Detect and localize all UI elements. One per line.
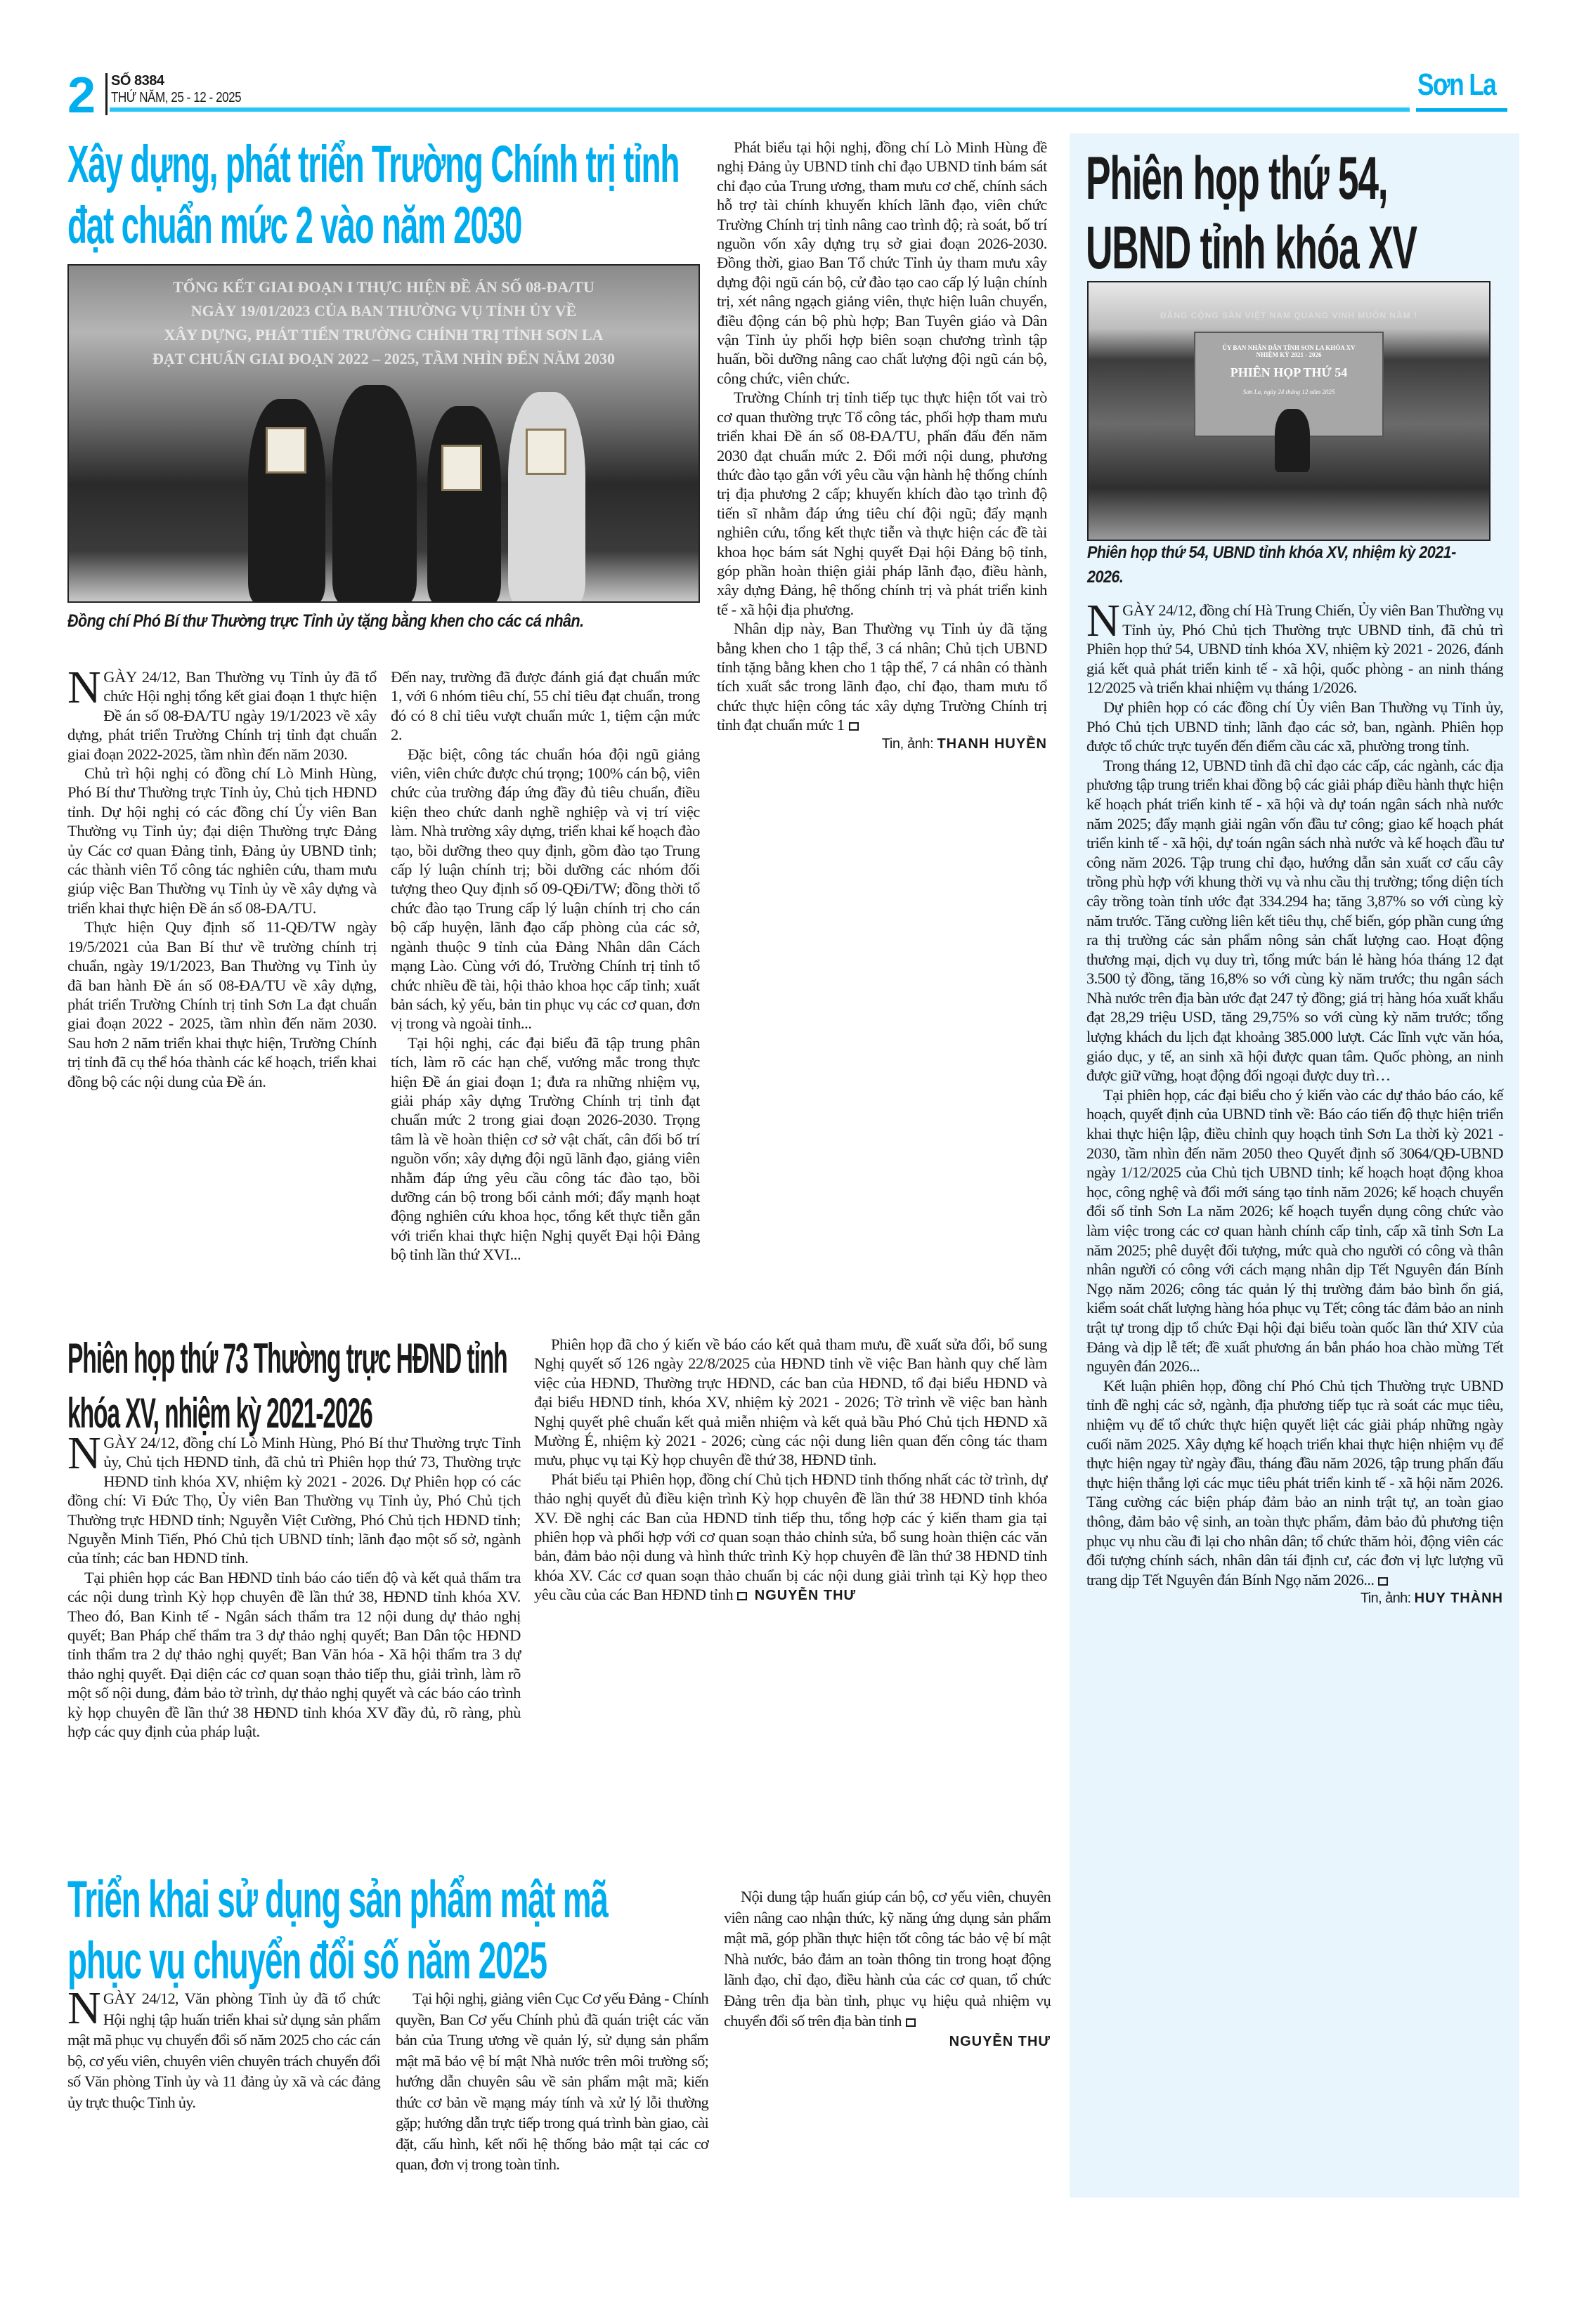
end-mark-icon — [737, 1592, 747, 1600]
article3-column-3: Nội dung tập huấn giúp cán bộ, cơ yếu vi… — [724, 1886, 1051, 2052]
article2-paragraph: Phát biểu tại Phiên họp, đồng chí Chủ tị… — [534, 1470, 1047, 1606]
certificate-frame-icon — [266, 427, 306, 474]
sidebar-paragraph: Trong tháng 12, UBND tỉnh đã chỉ đạo các… — [1086, 756, 1503, 1085]
article3-lead-paragraph: NGÀY 24/12, Văn phòng Tỉnh ủy đã tổ chức… — [67, 1988, 380, 2113]
article1-paragraph: Nhân dịp này, Ban Thường vụ Tỉnh ủy đã t… — [717, 619, 1047, 734]
article3-paragraph: Nội dung tập huấn giúp cán bộ, cơ yếu vi… — [724, 1886, 1051, 2032]
article1-column-1: NGÀY 24/12, Ban Thường vụ Tỉnh ủy đã tổ … — [67, 667, 377, 1091]
headline-line: đạt chuẩn mức 2 vào năm 2030 — [67, 195, 679, 256]
dropcap: N — [1086, 603, 1122, 639]
dropcap: N — [67, 1435, 103, 1472]
dropcap: N — [67, 670, 103, 706]
article2-headline: Phiên họp thứ 73 Thường trực HĐND tỉnh k… — [67, 1331, 507, 1441]
headline-line: phục vụ chuyển đổi số năm 2025 — [67, 1930, 608, 1991]
sidebar-paragraph: Dự phiên họp có các đồng chí Ủy viên Ban… — [1086, 698, 1503, 756]
headline-line: UBND tỉnh khóa XV — [1086, 214, 1417, 283]
article1-byline: Tin, ảnh: THANH HUYỀN — [717, 735, 1047, 754]
article1-paragraph: Tại hội nghị, các đại biểu đã tập trung … — [391, 1033, 700, 1265]
certificate-frame-icon — [526, 429, 566, 475]
article1-paragraph: Chủ trì hội nghị có đồng chí Lò Minh Hùn… — [67, 764, 377, 918]
person-figure — [332, 385, 417, 603]
end-mark-icon — [849, 722, 859, 731]
article2-column-1: NGÀY 24/12, đồng chí Lò Minh Hùng, Phó B… — [67, 1433, 521, 1742]
sidebar-column: NGÀY 24/12, đồng chí Hà Trung Chiến, Ủy … — [1086, 601, 1503, 1609]
end-mark-icon — [1378, 1577, 1388, 1586]
sidebar-paragraph: Kết luận phiên họp, đồng chí Phó Chủ tịc… — [1086, 1376, 1503, 1590]
headline-line: Phiên họp thứ 54, — [1086, 144, 1417, 214]
header-divider — [105, 73, 108, 115]
person-figure — [1275, 409, 1310, 472]
article1-lead-paragraph: NGÀY 24/12, Ban Thường vụ Tỉnh ủy đã tổ … — [67, 667, 377, 764]
photo-slogan-text: ĐẢNG CỘNG SẢN VIỆT NAM QUANG VINH MUÔN N… — [1089, 311, 1489, 320]
person-figure — [427, 406, 501, 603]
article1-photo: TỔNG KẾT GIAI ĐOẠN I THỰC HIỆN ĐỀ ÁN SỐ … — [67, 264, 700, 603]
headline-line: Triển khai sử dụng sản phẩm mật mã — [67, 1869, 608, 1930]
page-number: 2 — [67, 70, 94, 121]
article1-paragraph: Trường Chính trị tỉnh tiếp tục thực hiện… — [717, 388, 1047, 619]
article2-column-2: Phiên họp đã cho ý kiến về báo cáo kết q… — [534, 1335, 1047, 1606]
sidebar-byline: Tin, ảnh: HUY THÀNH — [1086, 1589, 1503, 1609]
article2-lead-paragraph: NGÀY 24/12, đồng chí Lò Minh Hùng, Phó B… — [67, 1433, 521, 1568]
article1-paragraph: Thực hiện Quy định số 11-QĐ/TW ngày 19/5… — [67, 918, 377, 1091]
article1-column-3: Phát biểu tại hội nghị, đồng chí Lò Minh… — [717, 138, 1047, 754]
article3-headline: Triển khai sử dụng sản phẩm mật mã phục … — [67, 1869, 608, 1992]
sidebar-paragraph: Tại phiên họp, các đại biểu cho ý kiến v… — [1086, 1085, 1503, 1376]
article1-paragraph: Đặc biệt, công tác chuẩn hóa đội ngũ giả… — [391, 745, 700, 1033]
article2-paragraph: Phiên họp đã cho ý kiến về báo cáo kết q… — [534, 1335, 1047, 1470]
photo-banner-text: TỔNG KẾT GIAI ĐOẠN I THỰC HIỆN ĐỀ ÁN SỐ … — [69, 275, 699, 371]
certificate-frame-icon — [441, 445, 482, 491]
end-mark-icon — [906, 2018, 916, 2027]
sidebar-headline: Phiên họp thứ 54, UBND tỉnh khóa XV — [1086, 144, 1417, 283]
header-rule — [110, 107, 1410, 112]
sidebar-photo-caption: Phiên họp thứ 54, UBND tỉnh khóa XV, nhi… — [1087, 541, 1492, 590]
article3-column-2: Tại hội nghị, giảng viên Cục Cơ yếu Đảng… — [396, 1988, 708, 2175]
sidebar-lead-paragraph: NGÀY 24/12, đồng chí Hà Trung Chiến, Ủy … — [1086, 601, 1503, 698]
article1-column-2: Đến nay, trường đã được đánh giá đạt chu… — [391, 667, 700, 1265]
issue-number: SỐ 8384 — [111, 73, 164, 89]
headline-line: Xây dựng, phát triển Trường Chính trị tỉ… — [67, 133, 679, 195]
sidebar-photo: ĐẢNG CỘNG SẢN VIỆT NAM QUANG VINH MUÔN N… — [1087, 281, 1491, 541]
article2-byline: NGUYỄN THƯ — [755, 1588, 856, 1603]
article3-column-1: NGÀY 24/12, Văn phòng Tỉnh ủy đã tổ chức… — [67, 1988, 380, 2113]
section-title: Sơn La — [1417, 67, 1495, 103]
headline-line: Phiên họp thứ 73 Thường trực HĐND tỉnh — [67, 1331, 507, 1386]
section-rule — [1416, 108, 1507, 112]
article1-headline: Xây dựng, phát triển Trường Chính trị tỉ… — [67, 133, 679, 256]
article1-photo-caption: Đồng chí Phó Bí thư Thường trực Tỉnh ủy … — [67, 611, 584, 632]
article1-paragraph: Phát biểu tại hội nghị, đồng chí Lò Minh… — [717, 138, 1047, 388]
issue-date: THỨ NĂM, 25 - 12 - 2025 — [111, 90, 241, 106]
dropcap: N — [67, 1990, 103, 2027]
article1-paragraph: Đến nay, trường đã được đánh giá đạt chu… — [391, 667, 700, 745]
article2-paragraph: Tại phiên họp các Ban HĐND tỉnh báo cáo … — [67, 1568, 521, 1742]
article3-byline: NGUYỄN THƯ — [724, 2032, 1051, 2053]
article3-paragraph: Tại hội nghị, giảng viên Cục Cơ yếu Đảng… — [396, 1988, 708, 2175]
person-figure — [508, 392, 585, 603]
